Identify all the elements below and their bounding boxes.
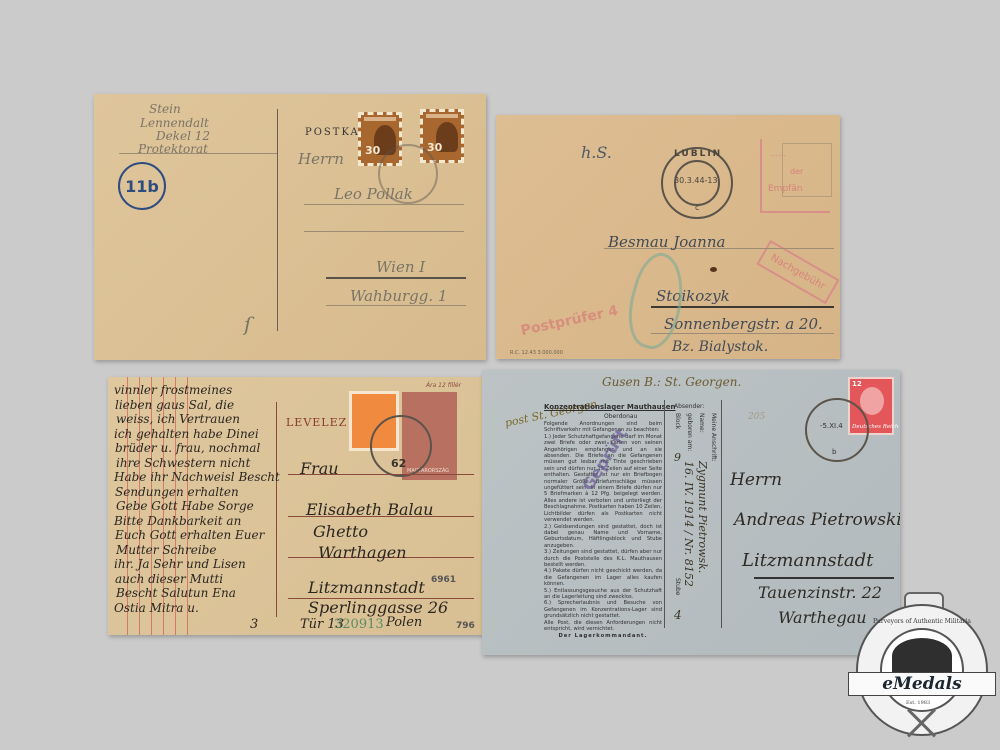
sender-line: Dekel 12 (156, 129, 210, 143)
recipient-line: Herrn (298, 150, 344, 168)
recipient-line: Litzmannstadt (308, 578, 425, 597)
message-line: brüder u. frau, nochmal (115, 441, 260, 455)
recipient-line: Sonnenbergstr. a 20. (664, 315, 823, 333)
postcard-budapest: Ára 12 fillér LEVELEZ MAGYARORSZÁG 62 vi… (108, 377, 484, 635)
crossed-swords-icon (898, 704, 946, 736)
sender-line: Lennendalt (140, 116, 209, 130)
recipient-line: Frau (300, 459, 339, 478)
postcard-vienna: Stein Lennendalt Dekel 12 Protektorat 11… (94, 94, 486, 360)
recipient-line: Bz. Bialystok. (672, 339, 768, 355)
sender-line: Stein (149, 102, 181, 116)
divider-line (277, 109, 278, 331)
levelezo-label: LEVELEZ (286, 416, 347, 429)
recipient-line: Leo Pollak (334, 185, 413, 203)
tagline: Purveyors of Authentic Militaria (868, 618, 976, 625)
message-line: Habe ihr Nachweisl Bescht (114, 470, 280, 484)
emedals-watermark: Purveyors of Authentic Militaria eMedals… (848, 592, 996, 742)
recipient-line: Herrn (730, 470, 782, 490)
recipient-line: Ghetto (313, 522, 368, 541)
message-line: auch dieser Mutti (115, 572, 223, 586)
recipient-line: Elisabeth Balau (306, 500, 433, 519)
message-line: ihr. Ja Sehr und Lisen (114, 557, 246, 571)
postcard-lublin: h.S. LUBLIN 30.3.44-13 c …… der Empfän N… (496, 115, 840, 359)
message-line: weiss, ich Vertrauen (116, 412, 240, 426)
censor-stamp-11b: 11b (118, 162, 166, 210)
price-note: Ára 12 fillér (426, 382, 461, 389)
postcard-mauthausen: Gusen B.: St. Georgen. post St. Georgen … (482, 370, 900, 655)
sender-name: Zygmunt Pietrowsk. (696, 461, 709, 573)
divider-line (276, 402, 277, 617)
message-line: Bescht Salutun Ena (116, 586, 236, 600)
number-6961: 6961 (431, 575, 456, 585)
postmark-sub: c (695, 203, 699, 212)
message-line: Gebe Gott Habe Sorge (116, 499, 254, 513)
sender-block: Absender: Meine Anschrift: Name: geboren… (668, 403, 718, 628)
pencil-note: 205 (748, 412, 765, 422)
burn-hole (710, 267, 717, 272)
camp-header: Konzentrationslager Mauthausen (544, 403, 676, 411)
sender-line: Protektorat (138, 142, 208, 156)
page-number: 3 (250, 617, 258, 632)
recipient-line: Wien I (376, 258, 425, 276)
message-line: lieben gaus Sal, die (115, 398, 234, 412)
green-number-stamp: 320913 (334, 617, 384, 632)
message-line: Euch Gott erhalten Euer (115, 528, 264, 542)
recipient-line: Sperlinggasse 26 (308, 598, 448, 617)
camp-subheader: Oberdonau (604, 413, 637, 420)
corner-note: h.S. (581, 143, 612, 162)
postmark-city: LUBLIN (674, 149, 722, 159)
postprufer-stamp: Postprüfer 4 (519, 303, 619, 339)
nachgebuhr-stamp: Nachgebühr (756, 240, 839, 304)
postmark-sankt-georgen (805, 398, 869, 462)
recipient-line: Besmau Joanna (608, 233, 725, 251)
message-line: ihre Schwestern nicht (116, 456, 250, 470)
signature: Polen (386, 615, 422, 630)
message-line: Mutter Schreibe (116, 543, 216, 557)
sender-born: 16. IV. 1914 / Nr. 8152 (682, 461, 695, 587)
recipient-line: Andreas Pietrowski (734, 510, 900, 530)
sender-room-value: 4 (674, 608, 682, 622)
message-line: Ostia Mitra u. (114, 601, 199, 615)
message-line: Sendungen erhalten (115, 485, 239, 499)
number-796: 796 (456, 621, 475, 631)
recipient-line: Warthagen (318, 543, 407, 562)
footer-print: R.C. 12.43 3.000.000 (510, 350, 563, 356)
message-line: ich gehalten habe Dinei (114, 427, 259, 441)
top-handwriting: Gusen B.: St. Georgen. (602, 375, 741, 389)
postmark-date: 30.3.44-13 (674, 176, 718, 185)
recipient-line: Wahburgg. 1 (350, 287, 447, 305)
ribbon: eMedals (848, 672, 996, 696)
pencil-mark: ſ (244, 312, 251, 336)
message-line: vinnler frostmeines (114, 383, 232, 397)
message-line: Bitte Dankbarkeit an (114, 514, 241, 528)
recipient-line: Litzmannstadt (742, 550, 873, 571)
sender-block-value: 9 (674, 451, 681, 464)
